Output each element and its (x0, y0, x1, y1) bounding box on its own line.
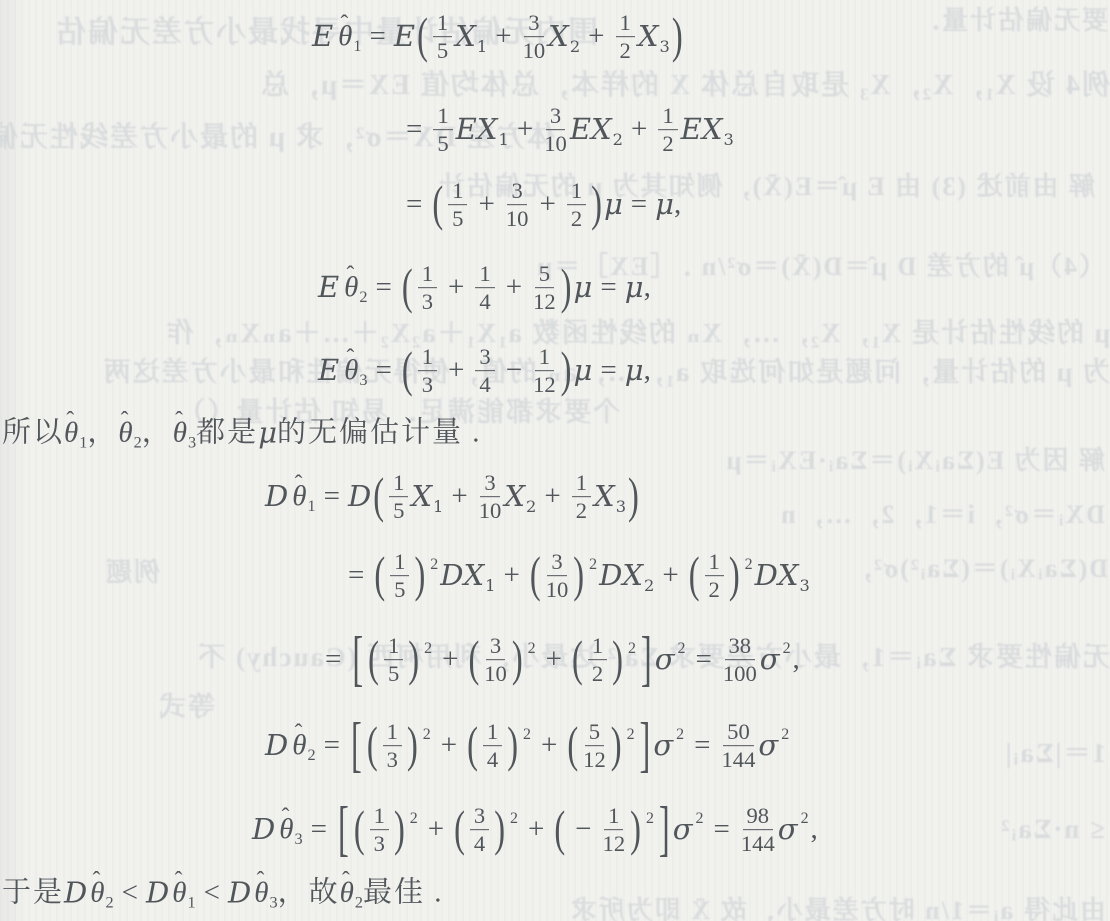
fraction: 310 (523, 10, 546, 64)
numerator: 1 (418, 344, 437, 371)
denominator: 2 (571, 206, 582, 232)
superscript: 2 (676, 727, 684, 743)
text-run: ， (142, 419, 173, 448)
math-operator: = (600, 274, 616, 303)
paren: ( (567, 721, 578, 770)
formula-d-theta3: Dθˆ3=[(13)2+(34)2+(−112)2]σ2=98144σ2, (252, 803, 818, 857)
math-operator: = (600, 357, 616, 386)
hat-accent: ˆ (175, 409, 183, 432)
denominator: 12 (603, 831, 626, 857)
subscript: 2 (644, 577, 654, 596)
paren: ( (417, 12, 428, 61)
fraction: 512 (533, 261, 556, 315)
subscript: 2 (613, 131, 623, 150)
hat-symbol: θˆ2 (90, 879, 113, 908)
fraction: 112 (603, 803, 626, 857)
formula-d-theta1-linearity: =(15)2DX1+(310)2DX2+(12)2DX3 (340, 549, 810, 603)
hat-symbol: θˆ1 (64, 419, 87, 448)
superscript: 2 (783, 641, 791, 657)
hat-accent: ˆ (282, 806, 290, 829)
scanned-textbook-page: 围内无偏估计量中寻找最小方差无偏估计量要无偏估计量．例4 设 X₁，X₂，X₃ … (0, 0, 1110, 921)
numerator: 1 (384, 633, 403, 660)
paren: ) (494, 805, 505, 854)
math-operator: + (544, 483, 560, 512)
fraction: 13 (370, 803, 389, 857)
paren: ( (368, 635, 379, 684)
math-operator: + (451, 483, 467, 512)
fraction: 112 (533, 344, 556, 398)
numerator: 3 (524, 10, 543, 37)
denominator: 4 (479, 289, 490, 315)
hat-symbol: θˆ2 (118, 419, 141, 448)
denominator: 3 (422, 289, 433, 315)
denominator: 5 (452, 206, 463, 232)
formula-e-theta1-result: =(15+310+12)μ=μ, (398, 178, 681, 232)
numerator: 3 (486, 633, 505, 660)
text-run: ， (87, 419, 118, 448)
text-run: 所以 (2, 419, 64, 448)
superscript: 2 (628, 641, 636, 657)
numerator: 1 (370, 803, 389, 830)
denominator: 4 (487, 747, 498, 773)
formula-d-theta1-definition: Dθˆ1=D(15X1+310X2+12X3) (265, 470, 641, 524)
text-run: ，故 (278, 879, 340, 908)
fraction: 12 (616, 10, 635, 64)
hat-symbol: θˆ3 (279, 816, 302, 845)
bracket: [ (352, 629, 363, 690)
subscript: 3 (660, 38, 670, 57)
denominator: 10 (506, 206, 529, 232)
punctuation: , (811, 816, 818, 845)
hat-symbol: θˆ3 (344, 357, 367, 386)
fraction: 13 (418, 344, 437, 398)
math-operator: − (506, 357, 522, 386)
hat-accent: ˆ (295, 722, 303, 745)
denominator: 2 (662, 131, 673, 157)
paren: ) (591, 180, 602, 229)
denominator: 5 (437, 131, 448, 157)
hat-accent: ˆ (295, 473, 303, 496)
math-symbol: D (146, 879, 169, 908)
math-symbol: X3 (594, 483, 626, 512)
math-operator: = (713, 816, 729, 845)
math-symbol: DX1 (440, 562, 495, 591)
fraction: 512 (583, 719, 606, 773)
paren: ( (374, 551, 385, 600)
bracket: ] (659, 799, 670, 860)
math-operator: < (122, 879, 138, 908)
hat-accent: ˆ (340, 13, 348, 36)
hat-accent: ˆ (66, 409, 74, 432)
superscript: 2 (589, 557, 597, 573)
denominator: 100 (723, 661, 757, 687)
math-symbol: σ (758, 732, 778, 761)
subscript: 1 (79, 434, 87, 452)
hat-symbol: θˆ1 (292, 483, 315, 512)
superscript: 2 (523, 727, 531, 743)
math-symbol: E (318, 274, 339, 303)
denominator: 2 (620, 38, 631, 64)
paren: ) (612, 635, 623, 684)
math-operator: − (575, 816, 591, 845)
math-symbol: DX3 (755, 562, 810, 591)
punctuation: , (674, 191, 681, 220)
subscript: 3 (359, 372, 367, 390)
numerator: 3 (547, 549, 566, 576)
formula-e-theta1-linearity: =15EX1+310EX2+12EX3 (398, 103, 734, 157)
denominator: 12 (533, 289, 556, 315)
math-symbol: μ (573, 274, 592, 303)
paren: ( (432, 180, 443, 229)
paren: ) (672, 12, 683, 61)
punctuation: , (793, 646, 800, 675)
math-operator: = (370, 23, 386, 52)
math-operator: + (539, 191, 555, 220)
numerator: 38 (725, 633, 756, 660)
text-run: 的无偏估计量 . (277, 419, 482, 448)
fraction: 14 (475, 261, 494, 315)
paren: ( (402, 346, 413, 395)
denominator: 5 (394, 577, 405, 603)
math-symbol: D (348, 483, 371, 512)
formula-e-theta1-definition: Eθˆ1=E(15X1+310X2+12X3) (312, 10, 685, 64)
math-operator: + (448, 357, 464, 386)
superscript: 2 (781, 727, 789, 743)
math-operator: + (441, 732, 457, 761)
fraction: 15 (448, 178, 467, 232)
superscript: 2 (646, 811, 654, 827)
math-operator: + (504, 562, 520, 591)
math-operator: + (662, 562, 678, 591)
paren: ) (729, 551, 740, 600)
paren: ) (414, 551, 425, 600)
denominator: 5 (437, 38, 448, 64)
math-symbol: σ (655, 646, 675, 675)
denominator: 10 (544, 131, 567, 157)
subscript: 3 (270, 894, 278, 912)
math-operator: + (517, 116, 533, 145)
numerator: 98 (743, 803, 774, 830)
superscript: 2 (424, 641, 432, 657)
math-symbol: X3 (638, 23, 670, 52)
math-operator: = (406, 191, 422, 220)
formula-e-theta3: Eθˆ3=(13+34−112)μ=μ, (318, 344, 651, 398)
hat-symbol: θˆ3 (173, 419, 196, 448)
math-operator: = (376, 274, 392, 303)
math-operator: = (311, 816, 327, 845)
denominator: 2 (576, 498, 587, 524)
numerator: 1 (448, 178, 467, 205)
superscript: 2 (745, 557, 753, 573)
numerator: 1 (588, 633, 607, 660)
numerator: 3 (546, 103, 565, 130)
math-symbol: X1 (411, 483, 443, 512)
numerator: 50 (723, 719, 754, 746)
math-symbol: σ (760, 646, 780, 675)
math-symbol: D (265, 483, 288, 512)
subscript: 2 (134, 434, 142, 452)
math-operator: + (495, 23, 511, 52)
paren: ) (630, 805, 641, 854)
numerator: 5 (535, 261, 554, 288)
math-symbol: D (252, 816, 275, 845)
math-symbol: E (318, 357, 339, 386)
bracket: [ (351, 715, 362, 776)
numerator: 3 (470, 803, 489, 830)
denominator: 3 (374, 831, 385, 857)
numerator: 1 (433, 10, 452, 37)
math-symbol: σ (653, 732, 673, 761)
denominator: 144 (741, 831, 775, 857)
hat-symbol: θˆ3 (254, 879, 277, 908)
subscript: 1 (499, 131, 509, 150)
math-operator: + (528, 816, 544, 845)
numerator: 1 (383, 719, 402, 746)
math-symbol: X2 (548, 23, 580, 52)
superscript: 2 (696, 811, 704, 827)
subscript: 1 (433, 498, 443, 517)
math-operator: + (442, 646, 458, 675)
math-symbol: μ (258, 419, 277, 448)
fraction: 13 (383, 719, 402, 773)
fraction: 310 (484, 633, 507, 687)
math-symbol: X1 (455, 23, 487, 52)
math-symbol: DX2 (599, 562, 654, 591)
numerator: 1 (567, 178, 586, 205)
paren: ) (394, 805, 405, 854)
math-operator: + (631, 116, 647, 145)
fraction: 310 (544, 103, 567, 157)
subscript: 2 (308, 747, 316, 765)
math-symbol: σ (778, 816, 798, 845)
numerator: 1 (390, 549, 409, 576)
hat-symbol: θˆ2 (340, 879, 363, 908)
fraction: 15 (433, 10, 452, 64)
hat-accent: ˆ (257, 869, 265, 892)
numerator: 1 (475, 261, 494, 288)
fraction: 38100 (723, 633, 757, 687)
text-conclusion-unbiased: 所以 θˆ1， θˆ2， θˆ3 都是 μ 的无偏估计量 . (2, 419, 482, 448)
math-symbol: μ (655, 191, 674, 220)
fraction: 15 (384, 633, 403, 687)
denominator: 2 (592, 661, 603, 687)
subscript: 3 (295, 831, 303, 849)
math-operator: < (204, 879, 220, 908)
numerator: 1 (418, 261, 437, 288)
formula-d-theta2: Dθˆ2=[(13)2+(14)2+(512)2]σ2=50144σ2 (265, 719, 791, 773)
hat-accent: ˆ (93, 869, 101, 892)
formula-content-layer: Eθˆ1=E(15X1+310X2+12X3)=15EX1+310EX2+12E… (0, 0, 1110, 921)
denominator: 10 (479, 498, 502, 524)
superscript: 2 (801, 811, 809, 827)
denominator: 4 (474, 831, 485, 857)
paren: ) (573, 551, 584, 600)
paren: ( (554, 805, 565, 854)
denominator: 12 (533, 372, 556, 398)
math-operator: = (324, 732, 340, 761)
subscript: 1 (308, 498, 316, 516)
math-operator: + (588, 23, 604, 52)
fraction: 15 (433, 103, 452, 157)
math-symbol: σ (673, 816, 693, 845)
fraction: 15 (390, 549, 409, 603)
paren: ( (468, 635, 479, 684)
hat-symbol: θˆ2 (292, 732, 315, 761)
hat-accent: ˆ (346, 347, 354, 370)
math-symbol: μ (604, 191, 623, 220)
numerator: 1 (604, 803, 623, 830)
formula-e-theta2: Eθˆ2=(13+14+512)μ=μ, (318, 261, 651, 315)
hat-accent: ˆ (175, 869, 183, 892)
subscript: 1 (188, 894, 196, 912)
fraction: 12 (588, 633, 607, 687)
superscript: 2 (627, 727, 635, 743)
math-symbol: μ (625, 274, 644, 303)
numerator: 1 (389, 470, 408, 497)
subscript: 2 (570, 38, 580, 57)
subscript: 2 (355, 894, 363, 912)
math-symbol: E (394, 23, 415, 52)
math-operator: = (695, 646, 711, 675)
fraction: 12 (567, 178, 586, 232)
math-operator: = (406, 116, 422, 145)
math-symbol: EX1 (456, 116, 509, 145)
hat-symbol: θˆ1 (338, 23, 361, 52)
fraction: 310 (479, 470, 502, 524)
math-operator: + (448, 274, 464, 303)
numerator: 1 (535, 344, 554, 371)
paren: ) (507, 721, 518, 770)
fraction: 12 (658, 103, 677, 157)
bracket: [ (338, 799, 349, 860)
paren: ) (561, 263, 572, 312)
math-operator: = (376, 357, 392, 386)
superscript: 2 (528, 641, 536, 657)
math-operator: = (324, 483, 340, 512)
denominator: 12 (583, 747, 606, 773)
paren: ) (628, 472, 639, 521)
superscript: 2 (430, 557, 438, 573)
superscript: 2 (510, 811, 518, 827)
fraction: 34 (475, 344, 494, 398)
math-operator: + (428, 816, 444, 845)
subscript: 2 (106, 894, 114, 912)
paren: ) (611, 721, 622, 770)
paren: ( (467, 721, 478, 770)
subscript: 3 (616, 498, 626, 517)
numerator: 5 (585, 719, 604, 746)
denominator: 5 (388, 661, 399, 687)
hat-symbol: θˆ2 (344, 274, 367, 303)
math-operator: = (348, 562, 364, 591)
math-operator: + (478, 191, 494, 220)
denominator: 2 (709, 577, 720, 603)
hat-symbol: θˆ1 (172, 879, 195, 908)
bracket: ] (641, 629, 652, 690)
paren: ( (402, 263, 413, 312)
math-operator: = (694, 732, 710, 761)
paren: ( (373, 472, 384, 521)
superscript: 2 (678, 641, 686, 657)
denominator: 144 (721, 747, 755, 773)
denominator: 3 (387, 747, 398, 773)
subscript: 3 (188, 434, 196, 452)
superscript: 2 (423, 727, 431, 743)
subscript: 1 (485, 577, 495, 596)
denominator: 5 (393, 498, 404, 524)
text-run: 最佳 . (363, 879, 444, 908)
math-symbol: μ (625, 357, 644, 386)
math-operator: + (506, 274, 522, 303)
numerator: 1 (572, 470, 591, 497)
math-symbol: EX2 (570, 116, 623, 145)
fraction: 50144 (721, 719, 755, 773)
math-symbol: X2 (504, 483, 536, 512)
numerator: 1 (433, 103, 452, 130)
math-operator: + (541, 732, 557, 761)
text-run: 于是 (2, 879, 64, 908)
subscript: 3 (723, 131, 733, 150)
fraction: 14 (483, 719, 502, 773)
punctuation: , (644, 357, 651, 386)
math-operator: = (325, 646, 341, 675)
paren: ) (407, 721, 418, 770)
paren: ) (512, 635, 523, 684)
fraction: 310 (546, 549, 569, 603)
math-symbol: E (312, 23, 333, 52)
superscript: 2 (410, 811, 418, 827)
subscript: 3 (800, 577, 810, 596)
numerator: 1 (658, 103, 677, 130)
numerator: 1 (705, 549, 724, 576)
math-symbol: D (64, 879, 87, 908)
denominator: 10 (484, 661, 507, 687)
math-symbol: μ (573, 357, 592, 386)
paren: ( (454, 805, 465, 854)
numerator: 3 (507, 178, 526, 205)
numerator: 3 (480, 470, 499, 497)
punctuation: , (644, 274, 651, 303)
math-operator: = (631, 191, 647, 220)
fraction: 34 (470, 803, 489, 857)
hat-accent: ˆ (121, 409, 129, 432)
paren: ( (367, 721, 378, 770)
subscript: 2 (526, 498, 536, 517)
math-symbol: D (265, 732, 288, 761)
math-symbol: EX3 (681, 116, 734, 145)
subscript: 1 (353, 38, 361, 56)
paren: ( (354, 805, 365, 854)
subscript: 2 (359, 289, 367, 307)
hat-accent: ˆ (346, 264, 354, 287)
paren: ) (408, 635, 419, 684)
subscript: 1 (477, 38, 487, 57)
paren: ( (572, 635, 583, 684)
math-symbol: D (228, 879, 251, 908)
denominator: 10 (523, 38, 546, 64)
text-run: 都是 (196, 419, 258, 448)
bracket: ] (640, 715, 651, 776)
paren: ( (530, 551, 541, 600)
numerator: 1 (616, 10, 635, 37)
denominator: 10 (546, 577, 569, 603)
fraction: 12 (572, 470, 591, 524)
hat-accent: ˆ (342, 869, 350, 892)
fraction: 15 (389, 470, 408, 524)
paren: ) (561, 346, 572, 395)
numerator: 3 (475, 344, 494, 371)
fraction: 12 (705, 549, 724, 603)
